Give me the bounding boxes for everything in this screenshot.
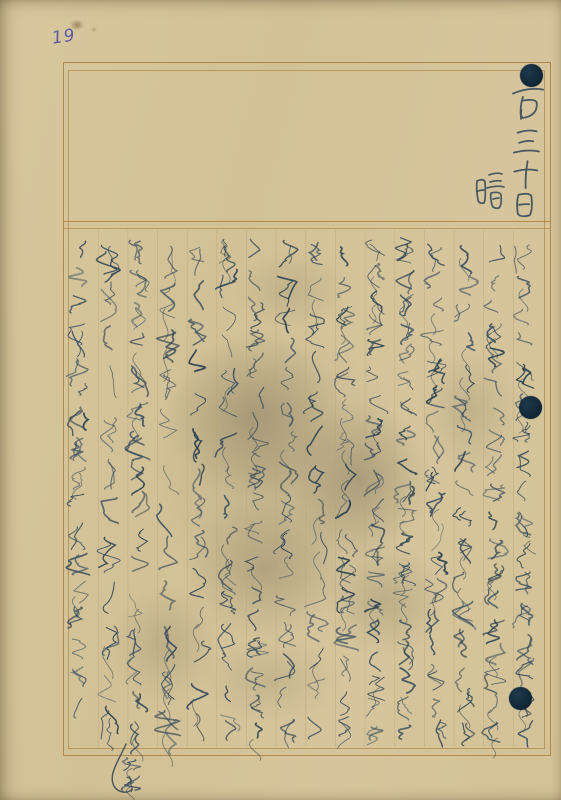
handwritten-column: [421, 244, 448, 747]
paper-fleck: [90, 26, 98, 33]
handwritten-column: [453, 246, 479, 746]
handwritten-column: [482, 246, 508, 759]
border-frame-outer: [63, 62, 551, 756]
border-frame-inner: [68, 70, 545, 749]
page-number: 19: [51, 25, 77, 48]
ink-dot: [520, 64, 543, 87]
handwritten-column: [303, 243, 328, 739]
column-ruling: [98, 230, 513, 747]
handwritten-column: [393, 238, 417, 739]
handwritten-column: [66, 241, 89, 718]
handwritten-column: [245, 239, 269, 760]
weather-text: [477, 173, 504, 208]
ink-dot: [509, 687, 532, 710]
overflow-text: [112, 744, 140, 800]
handwritten-column: [274, 241, 298, 749]
handwritten-column: [155, 246, 181, 766]
handwritten-column: [364, 240, 388, 744]
diary-page: 19: [0, 0, 561, 800]
header-separator-line: [63, 228, 550, 229]
header-separator-line: [63, 221, 550, 222]
date-text: [509, 88, 543, 217]
handwritten-column: [97, 245, 121, 750]
handwritten-column: [513, 245, 536, 747]
ink-dot: [519, 396, 542, 419]
handwritten-column: [215, 239, 240, 740]
handwriting-layer: [0, 0, 561, 800]
handwritten-column: [125, 240, 150, 760]
handwritten-column: [187, 247, 211, 740]
handwritten-column: [334, 247, 358, 749]
